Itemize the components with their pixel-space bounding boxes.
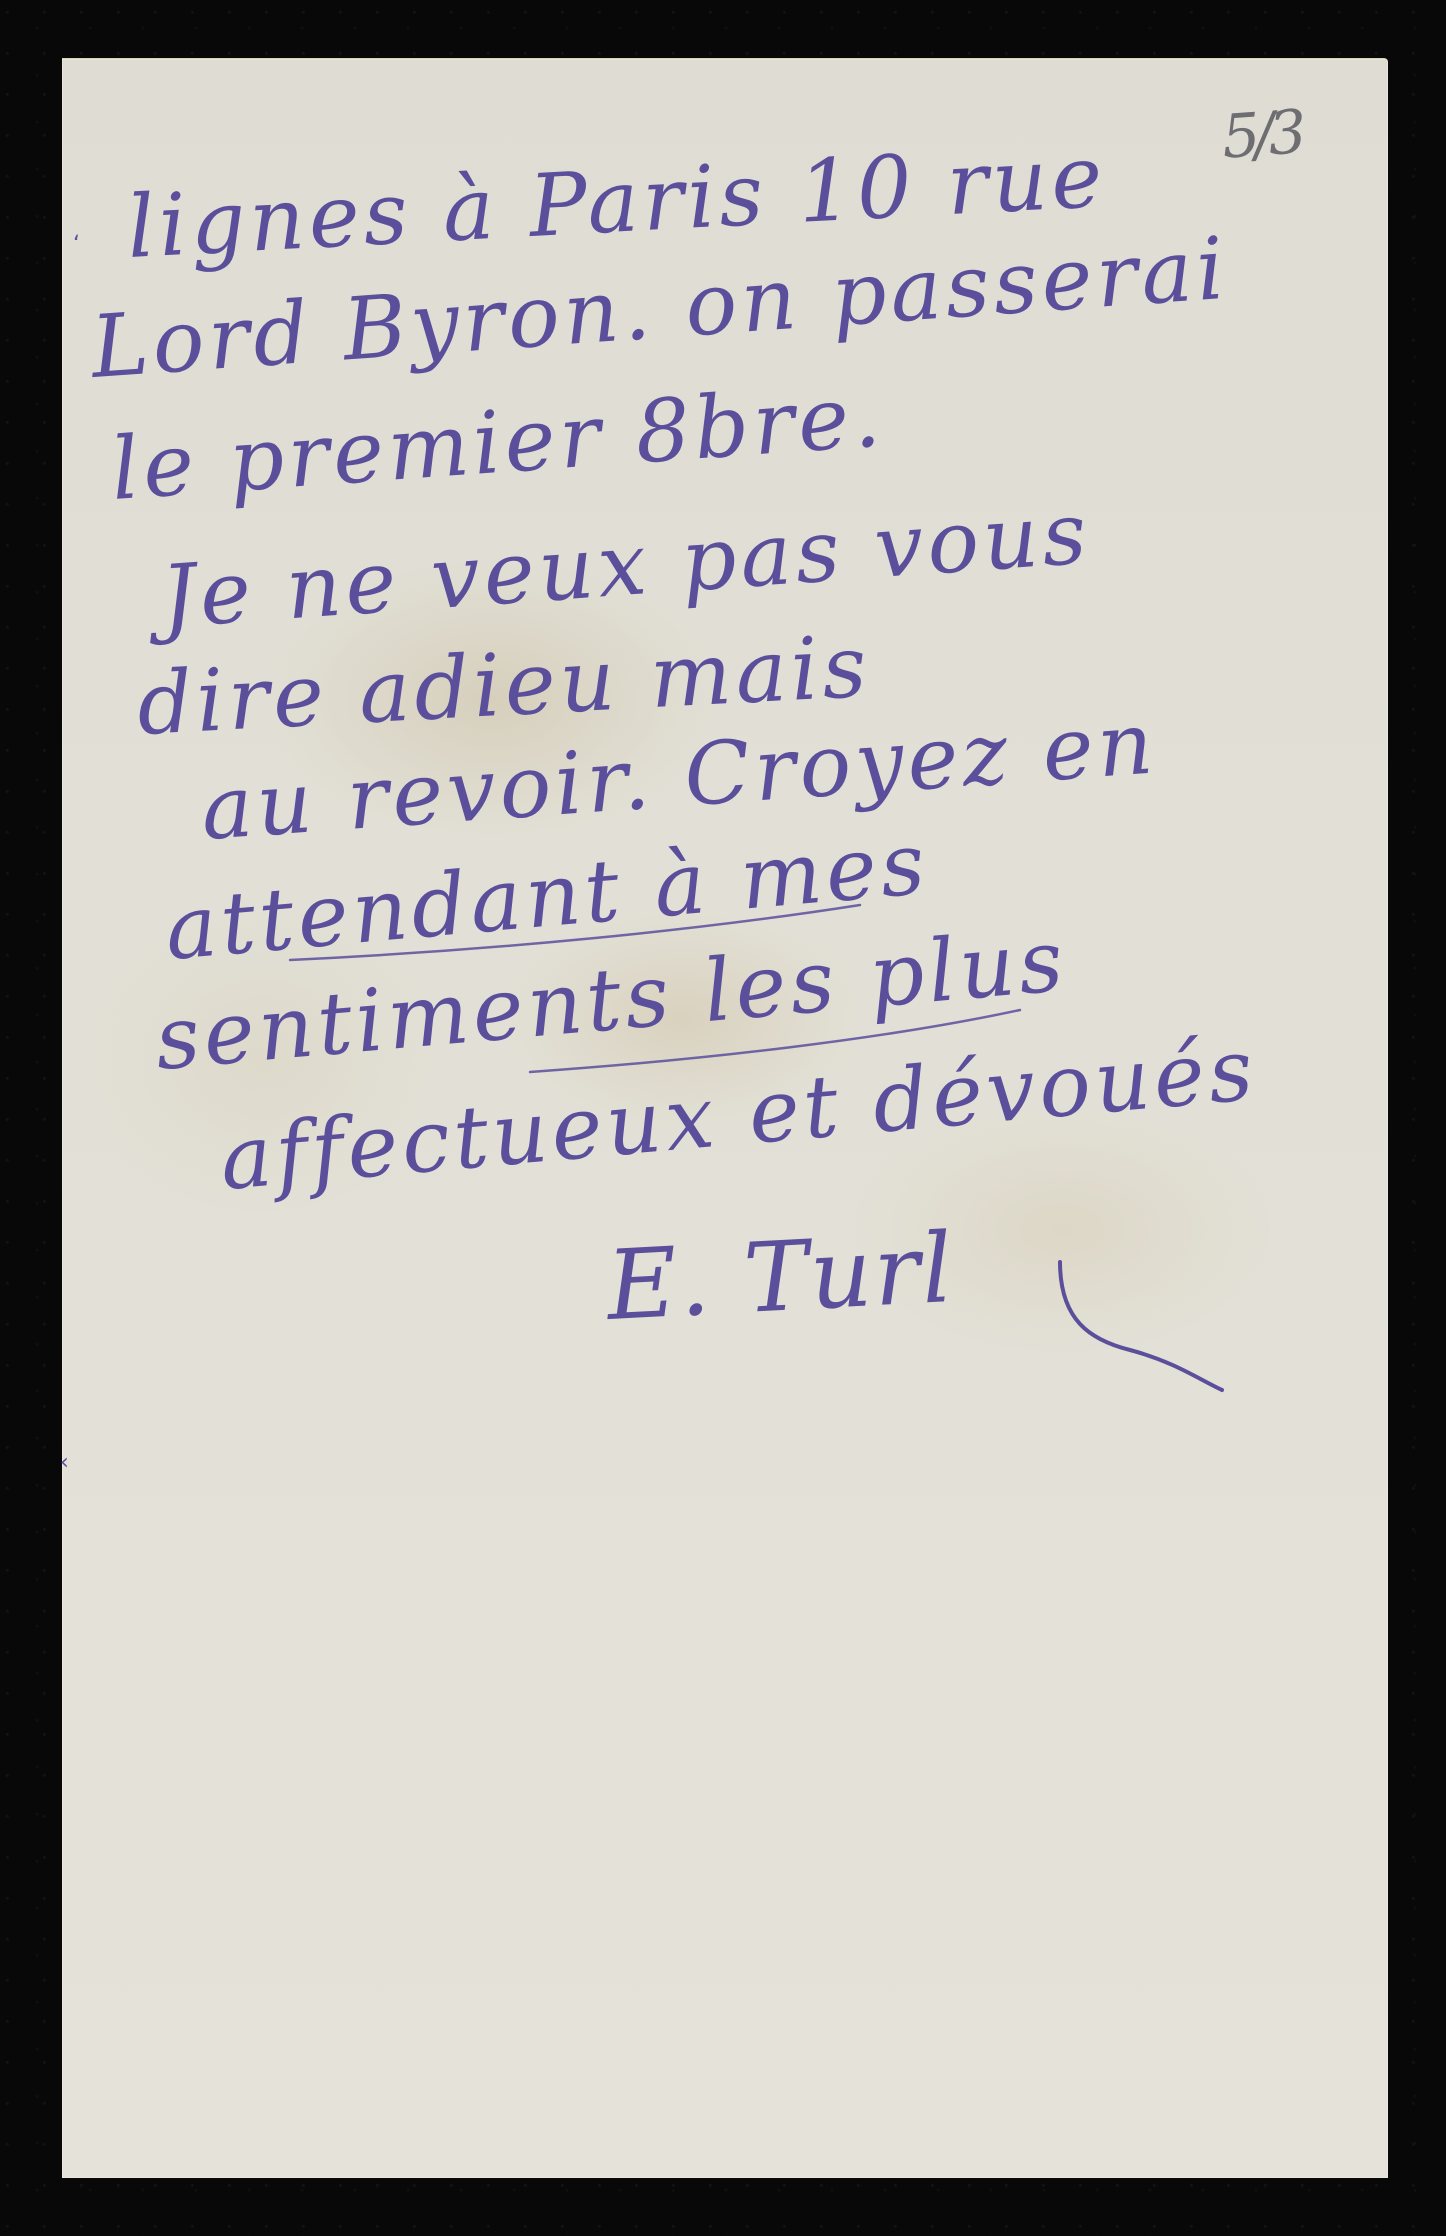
scan-background: 5/3 ʻ ‹ lignes à Paris 10 rue Lord Byron… xyxy=(0,0,1446,2236)
margin-edge-mark: ‹ xyxy=(60,1450,69,1475)
folio-number: 5/3 xyxy=(1220,97,1303,172)
signature: E. Turl xyxy=(604,1212,957,1342)
margin-tick-mark: ʻ xyxy=(73,232,80,257)
